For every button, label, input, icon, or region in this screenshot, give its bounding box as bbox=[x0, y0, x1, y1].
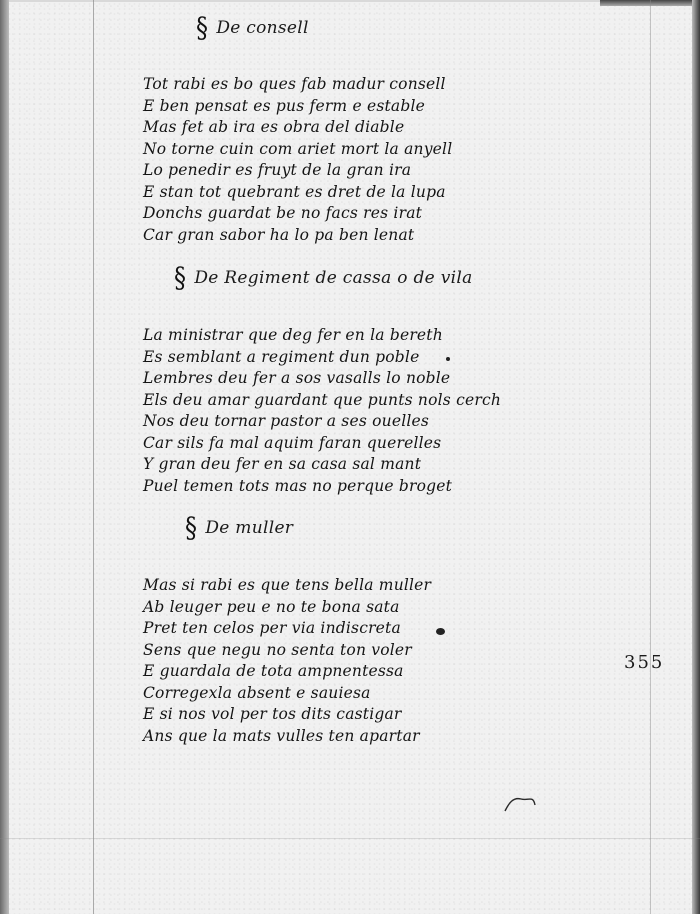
verse-line: La ministrar que deg fer en la bereth bbox=[143, 325, 501, 347]
verse-line: Tot rabi es bo ques fab madur consell bbox=[143, 74, 452, 96]
section-title: De consell bbox=[216, 18, 308, 38]
verse-line: E stan tot quebrant es dret de la lupa bbox=[143, 182, 452, 204]
ink-blot bbox=[436, 628, 445, 635]
verse-line: Mas si rabi es que tens bella muller bbox=[143, 575, 431, 597]
section-title: De muller bbox=[205, 518, 293, 538]
section-heading-consell: § De consell bbox=[196, 16, 309, 40]
paragraph-mark-icon: § bbox=[185, 514, 197, 542]
section-heading-regiment: § De Regiment de cassa o de vila bbox=[174, 266, 473, 290]
verse-line: E si nos vol per tos dits castigar bbox=[143, 704, 431, 726]
page-right-edge bbox=[692, 0, 700, 914]
section-heading-muller: § De muller bbox=[185, 516, 293, 540]
verse-line: Donchs guardat be no facs res irat bbox=[143, 203, 452, 225]
stanza-consell: Tot rabi es bo ques fab madur consell E … bbox=[143, 74, 452, 246]
ink-dot bbox=[446, 357, 450, 361]
stanza-regiment: La ministrar que deg fer en la bereth Es… bbox=[143, 325, 501, 497]
verse-line: Mas fet ab ira es obra del diable bbox=[143, 117, 452, 139]
verse-line: Sens que negu no senta ton voler bbox=[143, 640, 431, 662]
left-margin-ruling bbox=[93, 0, 94, 914]
catchword-flourish-icon bbox=[503, 793, 539, 813]
verse-line: Pret ten celos per via indiscreta bbox=[143, 618, 431, 640]
bottom-ruling bbox=[0, 838, 700, 839]
verse-line: Puel temen tots mas no perque broget bbox=[143, 476, 501, 498]
folio-number: 355 bbox=[624, 652, 664, 673]
verse-line: E guardala de tota ampnentessa bbox=[143, 661, 431, 683]
verse-line: Nos deu tornar pastor a ses ouelles bbox=[143, 411, 501, 433]
verse-line: Y gran deu fer en sa casa sal mant bbox=[143, 454, 501, 476]
right-margin-ruling bbox=[650, 0, 651, 914]
paragraph-mark-icon: § bbox=[196, 14, 208, 42]
verse-line: No torne cuin com ariet mort la anyell bbox=[143, 139, 452, 161]
page-binding-edge bbox=[0, 0, 9, 914]
verse-line: Lo penedir es fruyt de la gran ira bbox=[143, 160, 452, 182]
verse-line: E ben pensat es pus ferm e estable bbox=[143, 96, 452, 118]
section-title: De Regiment de cassa o de vila bbox=[194, 268, 472, 288]
verse-line: Ab leuger peu e no te bona sata bbox=[143, 597, 431, 619]
verse-line: Car sils fa mal aquim faran querelles bbox=[143, 433, 501, 455]
paragraph-mark-icon: § bbox=[174, 264, 186, 292]
verse-line: Ans que la mats vulles ten apartar bbox=[143, 726, 431, 748]
verse-line: Lembres deu fer a sos vasalls lo noble bbox=[143, 368, 501, 390]
stanza-muller: Mas si rabi es que tens bella muller Ab … bbox=[143, 575, 431, 747]
verse-line: Els deu amar guardant que punts nols cer… bbox=[143, 390, 501, 412]
verse-line: Car gran sabor ha lo pa ben lenat bbox=[143, 225, 452, 247]
verse-line: Corregexla absent e sauiesa bbox=[143, 683, 431, 705]
